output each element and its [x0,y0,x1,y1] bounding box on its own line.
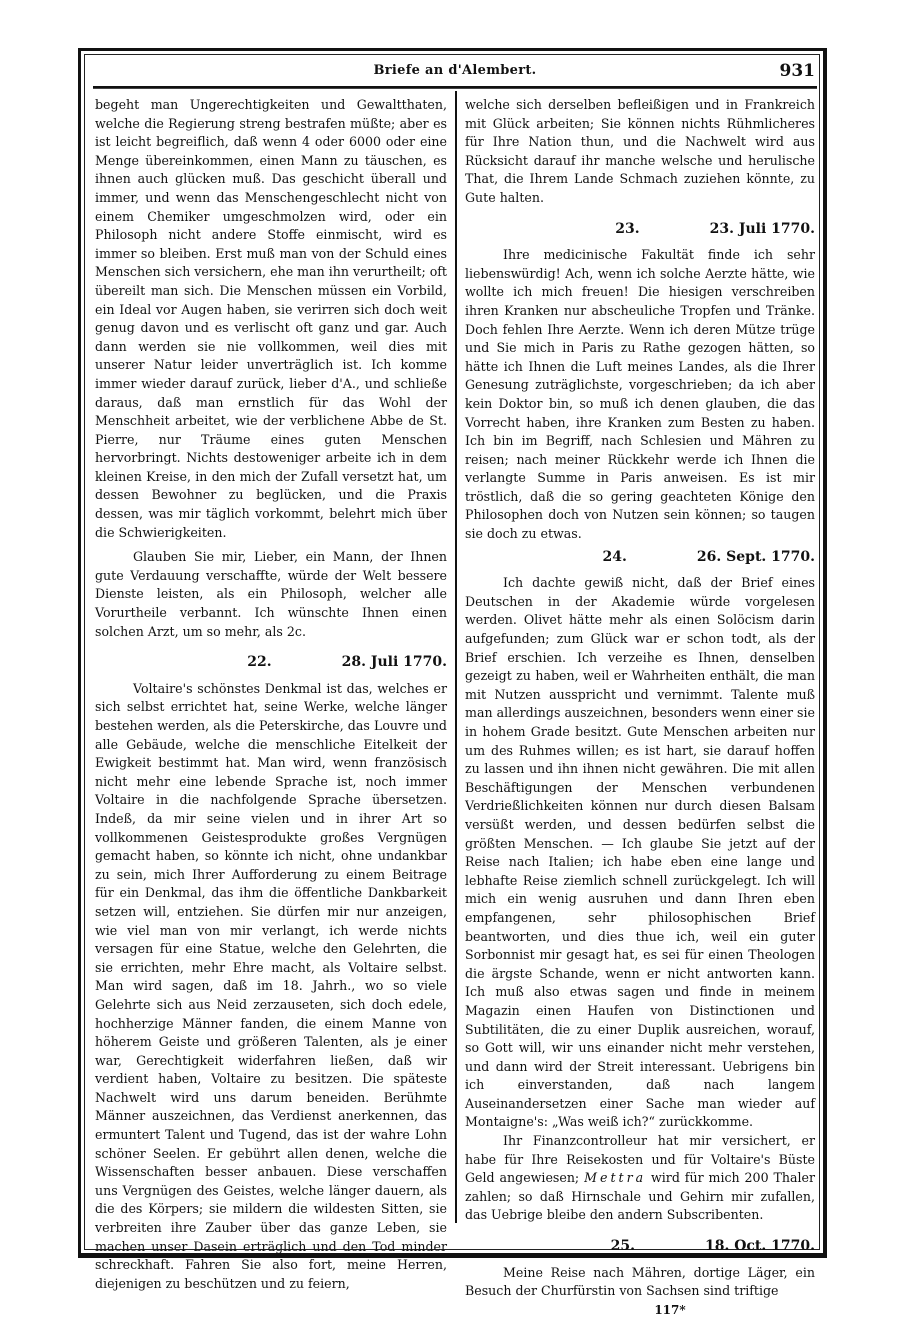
letter-number: 25. [611,1237,635,1256]
letter-body: Meine Reise nach Mähren, dortige Läger, … [465,1264,815,1301]
letter-date: 18. Oct. 1770. [705,1237,815,1256]
letter-heading-22: 22. 28. Juli 1770. [95,653,447,672]
signature-mark: 117* [465,1301,815,1320]
column-divider [455,91,457,1223]
letter-date: 28. Juli 1770. [342,653,447,672]
letter-date: 26. Sept. 1770. [697,548,815,567]
right-column: welche sich derselben befleißigen und in… [465,96,815,1319]
letter-body: Voltaire's schönstes Denkmal ist das, we… [95,680,447,1294]
paragraph: Glauben Sie mir, Lieber, ein Mann, der I… [95,548,447,641]
letter-number: 24. [603,548,627,567]
paragraph: welche sich derselben befleißigen und in… [465,96,815,208]
letter-number: 22. [247,653,271,672]
letter-heading-23: 23. 23. Juli 1770. [465,220,815,239]
page-header: Briefe an d'Alembert. 931 [95,57,815,87]
letter-date: 23. Juli 1770. [710,220,815,239]
left-column: begeht man Ungerechtigkeiten und Gewaltt… [95,96,447,1293]
page-frame: Briefe an d'Alembert. 931 begeht man Ung… [78,48,827,1258]
letter-number: 23. [615,220,639,239]
letter-heading-25: 25. 18. Oct. 1770. [465,1237,815,1256]
letter-body: Ihre medicinische Fakultät finde ich seh… [465,246,815,544]
person-name-mettra: Mettra [584,1170,646,1185]
paragraph: begeht man Ungerechtigkeiten und Gewaltt… [95,96,447,542]
running-title: Briefe an d'Alembert. [95,63,815,78]
header-rule [93,86,817,89]
letter-body: Ihr Finanzcontrolleur hat mir versichert… [465,1132,815,1225]
page-number: 931 [780,61,816,81]
letter-body: Ich dachte gewiß nicht, daß der Brief ei… [465,574,815,1132]
letter-heading-24: 24. 26. Sept. 1770. [465,548,815,567]
